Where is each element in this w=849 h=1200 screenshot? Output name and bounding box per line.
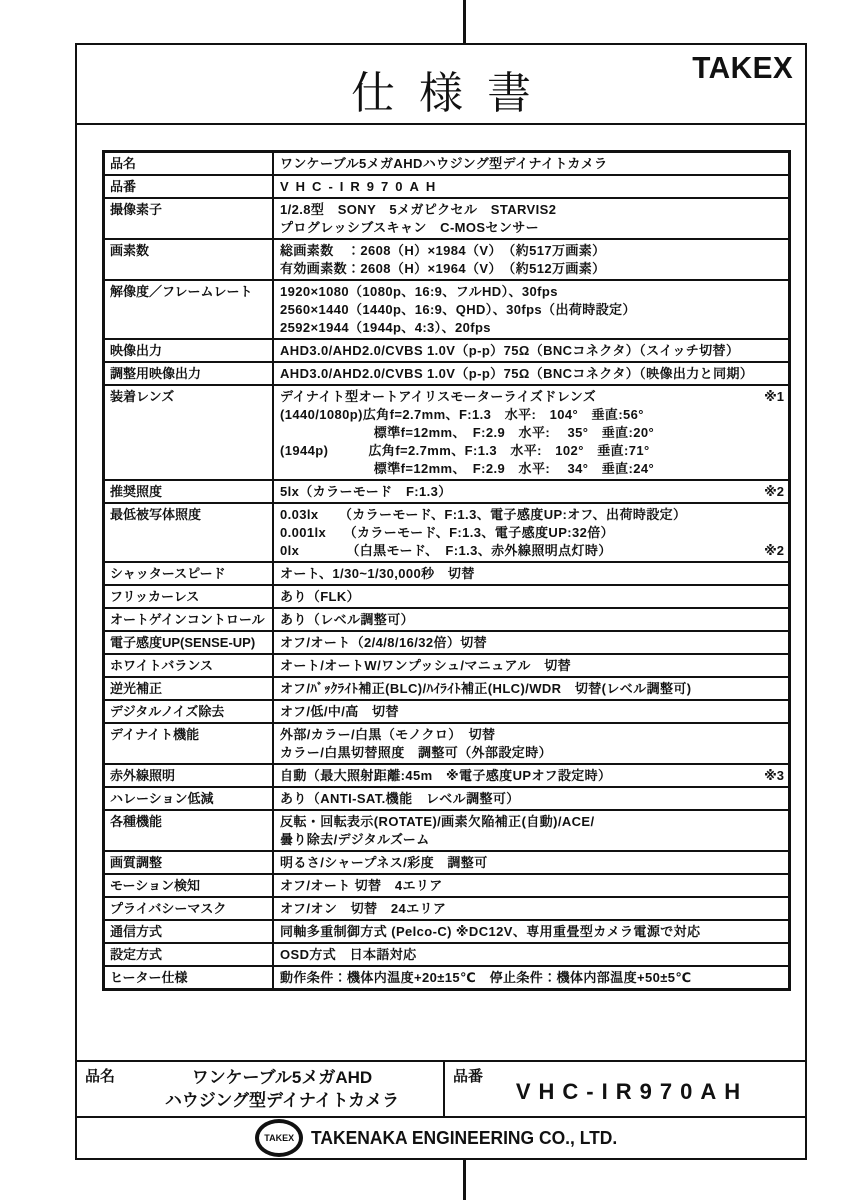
- spec-row-label: フリッカーレス: [105, 586, 274, 607]
- spec-row: ハレーション低減あり（ANTI-SAT.機能 レベル調整可）: [105, 786, 788, 809]
- spec-value-line: 標準f=12mm、 F:2.9 水平: 34° 垂直:24°: [280, 460, 784, 478]
- spec-value-line: (1440/1080p)広角f=2.7mm、F:1.3 水平: 104° 垂直:…: [280, 406, 784, 424]
- spec-footnote-ref: ※2: [760, 483, 784, 501]
- spec-value-text: 同軸多重制御方式 (Pelco-C) ※DC12V、専用重畳型カメラ電源で対応: [280, 923, 700, 941]
- spec-row-value: 同軸多重制御方式 (Pelco-C) ※DC12V、専用重畳型カメラ電源で対応: [274, 921, 788, 942]
- spec-row-value: 反転・回転表示(ROTATE)/画素欠陥補正(自動)/ACE/曇り除去/デジタル…: [274, 811, 788, 850]
- spec-row-value: あり（ANTI-SAT.機能 レベル調整可）: [274, 788, 788, 809]
- spec-row-label: 映像出力: [105, 340, 274, 361]
- registration-mark-top: [463, 0, 466, 44]
- spec-value-line: 標準f=12mm、 F:2.9 水平: 35° 垂直:20°: [280, 424, 784, 442]
- spec-row-value: AHD3.0/AHD2.0/CVBS 1.0V（p-p）75Ω（BNCコネクタ）…: [274, 363, 788, 384]
- spec-row-label: 設定方式: [105, 944, 274, 965]
- spec-value-line: あり（ANTI-SAT.機能 レベル調整可）: [280, 790, 784, 808]
- spec-row-value: ワンケーブル5メガAHDハウジング型デイナイトカメラ: [274, 153, 788, 174]
- spec-value-text: 標準f=12mm、 F:2.9 水平: 34° 垂直:24°: [280, 460, 654, 478]
- spec-row-label: ホワイトバランス: [105, 655, 274, 676]
- spec-row: 最低被写体照度0.03lx （カラーモード、F:1.3、電子感度UP:オフ、出荷…: [105, 502, 788, 561]
- spec-row-value: OSD方式 日本語対応: [274, 944, 788, 965]
- spec-row: 品名ワンケーブル5メガAHDハウジング型デイナイトカメラ: [105, 153, 788, 174]
- spec-row-value: 外部/カラー/白黒（モノクロ） 切替カラー/白黒切替照度 調整可（外部設定時）: [274, 724, 788, 763]
- spec-row-label: 逆光補正: [105, 678, 274, 699]
- spec-row: デジタルノイズ除去オフ/低/中/高 切替: [105, 699, 788, 722]
- spec-value-line: オフ/オート 切替 4エリア: [280, 877, 784, 895]
- spec-value-text: デイナイト型オートアイリスモーターライズドレンズ: [280, 388, 596, 406]
- spec-row-value: あり（FLK）: [274, 586, 788, 607]
- document-header: 仕様書 TAKEX: [77, 45, 805, 125]
- spec-value-text: OSD方式 日本語対応: [280, 946, 417, 964]
- document-footer: 品名 ワンケーブル5メガAHD ハウジング型デイナイトカメラ 品番 VHC-IR…: [77, 1060, 805, 1158]
- spec-row-label: 電子感度UP(SENSE-UP): [105, 632, 274, 653]
- spec-row-label: 撮像素子: [105, 199, 274, 238]
- spec-value-line: オート/オートW/ワンプッシュ/マニュアル 切替: [280, 657, 784, 675]
- footer-name-line1: ワンケーブル5メガAHD: [121, 1066, 443, 1089]
- spec-row-label: 画素数: [105, 240, 274, 279]
- spec-table: 品名ワンケーブル5メガAHDハウジング型デイナイトカメラ品番VHC-IR970A…: [102, 150, 791, 991]
- spec-row: オートゲインコントロールあり（レベル調整可）: [105, 607, 788, 630]
- spec-row-value: 動作条件：機体内温度+20±15℃ 停止条件：機体内部温度+50±5℃: [274, 967, 788, 988]
- spec-value-text: オフ/オート（2/4/8/16/32倍）切替: [280, 634, 487, 652]
- spec-row: 各種機能反転・回転表示(ROTATE)/画素欠陥補正(自動)/ACE/曇り除去/…: [105, 809, 788, 850]
- spec-value-line: オフ/低/中/高 切替: [280, 703, 784, 721]
- spec-value-text: 0.001lx （カラーモード、F:1.3、電子感度UP:32倍）: [280, 524, 614, 542]
- spec-value-line: 同軸多重制御方式 (Pelco-C) ※DC12V、専用重畳型カメラ電源で対応: [280, 923, 784, 941]
- spec-row: 赤外線照明自動（最大照射距離:45m ※電子感度UPオフ設定時）※3: [105, 763, 788, 786]
- spec-value-text: 総画素数 ：2608（H）×1984（V） （約517万画素）: [280, 242, 606, 260]
- spec-value-line: 総画素数 ：2608（H）×1984（V） （約517万画素）: [280, 242, 784, 260]
- spec-value-text: オート、1/30~1/30,000秒 切替: [280, 565, 475, 583]
- spec-value-line: 0lx （白黒モード、 F:1.3、赤外線照明点灯時）※2: [280, 542, 784, 560]
- spec-value-line: OSD方式 日本語対応: [280, 946, 784, 964]
- spec-row-value: 明るさ/シャープネス/彩度 調整可: [274, 852, 788, 873]
- spec-row-label: 品番: [105, 176, 274, 197]
- spec-row: 逆光補正オフ/ﾊﾞｯｸﾗｲﾄ補正(BLC)/ﾊｲﾗｲﾄ補正(HLC)/WDR 切…: [105, 676, 788, 699]
- spec-value-line: 自動（最大照射距離:45m ※電子感度UPオフ設定時）※3: [280, 767, 784, 785]
- spec-value-text: 5lx（カラーモード F:1.3）: [280, 483, 452, 501]
- spec-row-label: 各種機能: [105, 811, 274, 850]
- spec-value-text: ワンケーブル5メガAHDハウジング型デイナイトカメラ: [280, 155, 608, 173]
- spec-value-line: 有効画素数：2608（H）×1964（V） （約512万画素）: [280, 260, 784, 278]
- spec-value-line: AHD3.0/AHD2.0/CVBS 1.0V（p-p）75Ω（BNCコネクタ）…: [280, 365, 784, 383]
- spec-value-text: 1/2.8型 SONY 5メガピクセル STARVIS2: [280, 201, 556, 219]
- spec-value-text: 自動（最大照射距離:45m ※電子感度UPオフ設定時）: [280, 767, 611, 785]
- page: { "header": { "title": "仕様書", "brand": "…: [0, 0, 849, 1200]
- spec-value-text: あり（ANTI-SAT.機能 レベル調整可）: [280, 790, 520, 808]
- spec-value-line: オフ/ﾊﾞｯｸﾗｲﾄ補正(BLC)/ﾊｲﾗｲﾄ補正(HLC)/WDR 切替(レベ…: [280, 680, 784, 698]
- spec-row: 調整用映像出力AHD3.0/AHD2.0/CVBS 1.0V（p-p）75Ω（B…: [105, 361, 788, 384]
- spec-value-line: デイナイト型オートアイリスモーターライズドレンズ※1: [280, 388, 784, 406]
- spec-row-label: 解像度／フレームレート: [105, 281, 274, 338]
- spec-value-text: オフ/オン 切替 24エリア: [280, 900, 446, 918]
- spec-row-value: オフ/ﾊﾞｯｸﾗｲﾄ補正(BLC)/ﾊｲﾗｲﾄ補正(HLC)/WDR 切替(レベ…: [274, 678, 788, 699]
- spec-value-line: あり（レベル調整可）: [280, 611, 784, 629]
- spec-value-line: 2560×1440（1440p、16:9、QHD）、30fps（出荷時設定）: [280, 301, 784, 319]
- footer-row: 品名 ワンケーブル5メガAHD ハウジング型デイナイトカメラ 品番 VHC-IR…: [77, 1060, 805, 1116]
- takex-logo-text: TAKEX: [264, 1133, 294, 1143]
- spec-value-text: 明るさ/シャープネス/彩度 調整可: [280, 854, 488, 872]
- spec-value-line: 2592×1944（1944p、4:3）、20fps: [280, 319, 784, 337]
- spec-footnote-ref: ※1: [760, 388, 784, 406]
- spec-value-text: 外部/カラー/白黒（モノクロ） 切替: [280, 726, 495, 744]
- spec-value-text: (1944p) 広角f=2.7mm、F:1.3 水平: 102° 垂直:71°: [280, 442, 650, 460]
- footer-product-name-cell: 品名 ワンケーブル5メガAHD ハウジング型デイナイトカメラ: [77, 1062, 445, 1116]
- spec-value-text: 0lx （白黒モード、 F:1.3、赤外線照明点灯時）: [280, 542, 612, 560]
- spec-value-line: プログレッシブスキャン C-MOSセンサー: [280, 219, 784, 237]
- spec-value-text: 有効画素数：2608（H）×1964（V） （約512万画素）: [280, 260, 606, 278]
- page-frame: 仕様書 TAKEX 品名ワンケーブル5メガAHDハウジング型デイナイトカメラ品番…: [75, 43, 807, 1160]
- spec-row-value: オート、1/30~1/30,000秒 切替: [274, 563, 788, 584]
- spec-row: プライバシーマスクオフ/オン 切替 24エリア: [105, 896, 788, 919]
- spec-value-line: 1/2.8型 SONY 5メガピクセル STARVIS2: [280, 201, 784, 219]
- spec-row: ホワイトバランスオート/オートW/ワンプッシュ/マニュアル 切替: [105, 653, 788, 676]
- spec-value-text: オート/オートW/ワンプッシュ/マニュアル 切替: [280, 657, 571, 675]
- spec-value-line: 5lx（カラーモード F:1.3）※2: [280, 483, 784, 501]
- spec-row-value: あり（レベル調整可）: [274, 609, 788, 630]
- spec-value-text: オフ/オート 切替 4エリア: [280, 877, 443, 895]
- spec-value-text: 2560×1440（1440p、16:9、QHD）、30fps（出荷時設定）: [280, 301, 636, 319]
- spec-value-text: AHD3.0/AHD2.0/CVBS 1.0V（p-p）75Ω（BNCコネクタ）…: [280, 365, 753, 383]
- spec-value-text: VHC-IR970AH: [280, 178, 442, 196]
- spec-row: 画素数総画素数 ：2608（H）×1984（V） （約517万画素）有効画素数：…: [105, 238, 788, 279]
- spec-value-line: (1944p) 広角f=2.7mm、F:1.3 水平: 102° 垂直:71°: [280, 442, 784, 460]
- spec-value-line: 0.03lx （カラーモード、F:1.3、電子感度UP:オフ、出荷時設定）: [280, 506, 784, 524]
- spec-value-text: 1920×1080（1080p、16:9、フルHD）、30fps: [280, 283, 558, 301]
- spec-row-value: オフ/オン 切替 24エリア: [274, 898, 788, 919]
- spec-row-value: AHD3.0/AHD2.0/CVBS 1.0V（p-p）75Ω（BNCコネクタ）…: [274, 340, 788, 361]
- spec-value-line: カラー/白黒切替照度 調整可（外部設定時）: [280, 744, 784, 762]
- company-bar: TAKEX TAKENAKA ENGINEERING CO., LTD.: [77, 1116, 805, 1158]
- spec-value-line: あり（FLK）: [280, 588, 784, 606]
- spec-value-line: 外部/カラー/白黒（モノクロ） 切替: [280, 726, 784, 744]
- spec-value-text: 動作条件：機体内温度+20±15℃ 停止条件：機体内部温度+50±5℃: [280, 969, 692, 987]
- spec-value-text: オフ/低/中/高 切替: [280, 703, 399, 721]
- footer-name-value: ワンケーブル5メガAHD ハウジング型デイナイトカメラ: [77, 1062, 443, 1112]
- spec-value-text: 反転・回転表示(ROTATE)/画素欠陥補正(自動)/ACE/: [280, 813, 595, 831]
- spec-row-value: 5lx（カラーモード F:1.3）※2: [274, 481, 788, 502]
- spec-value-text: 2592×1944（1944p、4:3）、20fps: [280, 319, 491, 337]
- spec-value-line: オフ/オート（2/4/8/16/32倍）切替: [280, 634, 784, 652]
- spec-row-label: 品名: [105, 153, 274, 174]
- spec-footnote-ref: ※3: [760, 767, 784, 785]
- spec-row-label: 赤外線照明: [105, 765, 274, 786]
- spec-row: 設定方式OSD方式 日本語対応: [105, 942, 788, 965]
- spec-row: デイナイト機能外部/カラー/白黒（モノクロ） 切替カラー/白黒切替照度 調整可（…: [105, 722, 788, 763]
- spec-value-text: あり（レベル調整可）: [280, 611, 414, 629]
- spec-row: 装着レンズデイナイト型オートアイリスモーターライズドレンズ※1(1440/108…: [105, 384, 788, 479]
- spec-row: ヒーター仕様動作条件：機体内温度+20±15℃ 停止条件：機体内部温度+50±5…: [105, 965, 788, 988]
- footer-number-label: 品番: [453, 1065, 483, 1086]
- spec-row-value: 自動（最大照射距離:45m ※電子感度UPオフ設定時）※3: [274, 765, 788, 786]
- footer-name-line2: ハウジング型デイナイトカメラ: [121, 1089, 443, 1112]
- footer-product-number-cell: 品番 VHC-IR970AH: [445, 1062, 805, 1116]
- brand-logo: TAKEX: [692, 50, 793, 86]
- spec-row-label: 画質調整: [105, 852, 274, 873]
- spec-row: 品番VHC-IR970AH: [105, 174, 788, 197]
- spec-value-text: カラー/白黒切替照度 調整可（外部設定時）: [280, 744, 552, 762]
- spec-value-text: 曇り除去/デジタルズーム: [280, 831, 430, 849]
- spec-value-line: 動作条件：機体内温度+20±15℃ 停止条件：機体内部温度+50±5℃: [280, 969, 784, 987]
- spec-value-line: VHC-IR970AH: [280, 178, 784, 196]
- spec-row-label: 推奨照度: [105, 481, 274, 502]
- spec-row-label: プライバシーマスク: [105, 898, 274, 919]
- spec-row-value: オフ/オート 切替 4エリア: [274, 875, 788, 896]
- spec-row-label: ハレーション低減: [105, 788, 274, 809]
- spec-value-line: オート、1/30~1/30,000秒 切替: [280, 565, 784, 583]
- spec-value-line: 0.001lx （カラーモード、F:1.3、電子感度UP:32倍）: [280, 524, 784, 542]
- spec-value-text: 0.03lx （カラーモード、F:1.3、電子感度UP:オフ、出荷時設定）: [280, 506, 686, 524]
- spec-value-text: プログレッシブスキャン C-MOSセンサー: [280, 219, 539, 237]
- spec-value-text: AHD3.0/AHD2.0/CVBS 1.0V（p-p）75Ω（BNCコネクタ）…: [280, 342, 739, 360]
- footer-number-value: VHC-IR970AH: [445, 1062, 805, 1105]
- spec-row-label: 調整用映像出力: [105, 363, 274, 384]
- spec-row-label: デジタルノイズ除去: [105, 701, 274, 722]
- spec-row: 電子感度UP(SENSE-UP)オフ/オート（2/4/8/16/32倍）切替: [105, 630, 788, 653]
- spec-row-label: オートゲインコントロール: [105, 609, 274, 630]
- spec-row-label: デイナイト機能: [105, 724, 274, 763]
- spec-value-line: 反転・回転表示(ROTATE)/画素欠陥補正(自動)/ACE/: [280, 813, 784, 831]
- spec-value-line: オフ/オン 切替 24エリア: [280, 900, 784, 918]
- spec-footnote-ref: ※2: [760, 542, 784, 560]
- spec-value-line: 1920×1080（1080p、16:9、フルHD）、30fps: [280, 283, 784, 301]
- spec-row-value: 1/2.8型 SONY 5メガピクセル STARVIS2プログレッシブスキャン …: [274, 199, 788, 238]
- spec-row: 撮像素子1/2.8型 SONY 5メガピクセル STARVIS2プログレッシブス…: [105, 197, 788, 238]
- spec-row: 解像度／フレームレート1920×1080（1080p、16:9、フルHD）、30…: [105, 279, 788, 338]
- spec-value-text: あり（FLK）: [280, 588, 360, 606]
- spec-row-label: 最低被写体照度: [105, 504, 274, 561]
- spec-row-label: 装着レンズ: [105, 386, 274, 479]
- spec-row-value: オフ/オート（2/4/8/16/32倍）切替: [274, 632, 788, 653]
- spec-value-line: AHD3.0/AHD2.0/CVBS 1.0V（p-p）75Ω（BNCコネクタ）…: [280, 342, 784, 360]
- spec-value-line: 明るさ/シャープネス/彩度 調整可: [280, 854, 784, 872]
- spec-row: シャッタースピードオート、1/30~1/30,000秒 切替: [105, 561, 788, 584]
- spec-row-label: 通信方式: [105, 921, 274, 942]
- footer-name-label: 品名: [85, 1065, 115, 1086]
- spec-row-value: デイナイト型オートアイリスモーターライズドレンズ※1(1440/1080p)広角…: [274, 386, 788, 479]
- spec-value-line: ワンケーブル5メガAHDハウジング型デイナイトカメラ: [280, 155, 784, 173]
- spec-row-label: モーション検知: [105, 875, 274, 896]
- spec-row-value: 0.03lx （カラーモード、F:1.3、電子感度UP:オフ、出荷時設定）0.0…: [274, 504, 788, 561]
- spec-row: 推奨照度5lx（カラーモード F:1.3）※2: [105, 479, 788, 502]
- spec-row: モーション検知オフ/オート 切替 4エリア: [105, 873, 788, 896]
- spec-row: 通信方式同軸多重制御方式 (Pelco-C) ※DC12V、専用重畳型カメラ電源…: [105, 919, 788, 942]
- spec-row-label: ヒーター仕様: [105, 967, 274, 988]
- takex-ellipse-logo-icon: TAKEX: [255, 1119, 303, 1157]
- spec-row-value: VHC-IR970AH: [274, 176, 788, 197]
- company-name: TAKENAKA ENGINEERING CO., LTD.: [311, 1128, 617, 1149]
- spec-row: フリッカーレスあり（FLK）: [105, 584, 788, 607]
- spec-row-value: 総画素数 ：2608（H）×1984（V） （約517万画素）有効画素数：260…: [274, 240, 788, 279]
- spec-value-text: 標準f=12mm、 F:2.9 水平: 35° 垂直:20°: [280, 424, 654, 442]
- spec-row-label: シャッタースピード: [105, 563, 274, 584]
- spec-row-value: オート/オートW/ワンプッシュ/マニュアル 切替: [274, 655, 788, 676]
- spec-row-value: オフ/低/中/高 切替: [274, 701, 788, 722]
- spec-row: 画質調整明るさ/シャープネス/彩度 調整可: [105, 850, 788, 873]
- registration-mark-bottom: [463, 1158, 466, 1200]
- spec-value-text: (1440/1080p)広角f=2.7mm、F:1.3 水平: 104° 垂直:…: [280, 406, 644, 424]
- spec-row: 映像出力AHD3.0/AHD2.0/CVBS 1.0V（p-p）75Ω（BNCコ…: [105, 338, 788, 361]
- spec-row-value: 1920×1080（1080p、16:9、フルHD）、30fps2560×144…: [274, 281, 788, 338]
- spec-value-line: 曇り除去/デジタルズーム: [280, 831, 784, 849]
- spec-value-text: オフ/ﾊﾞｯｸﾗｲﾄ補正(BLC)/ﾊｲﾗｲﾄ補正(HLC)/WDR 切替(レベ…: [280, 680, 692, 698]
